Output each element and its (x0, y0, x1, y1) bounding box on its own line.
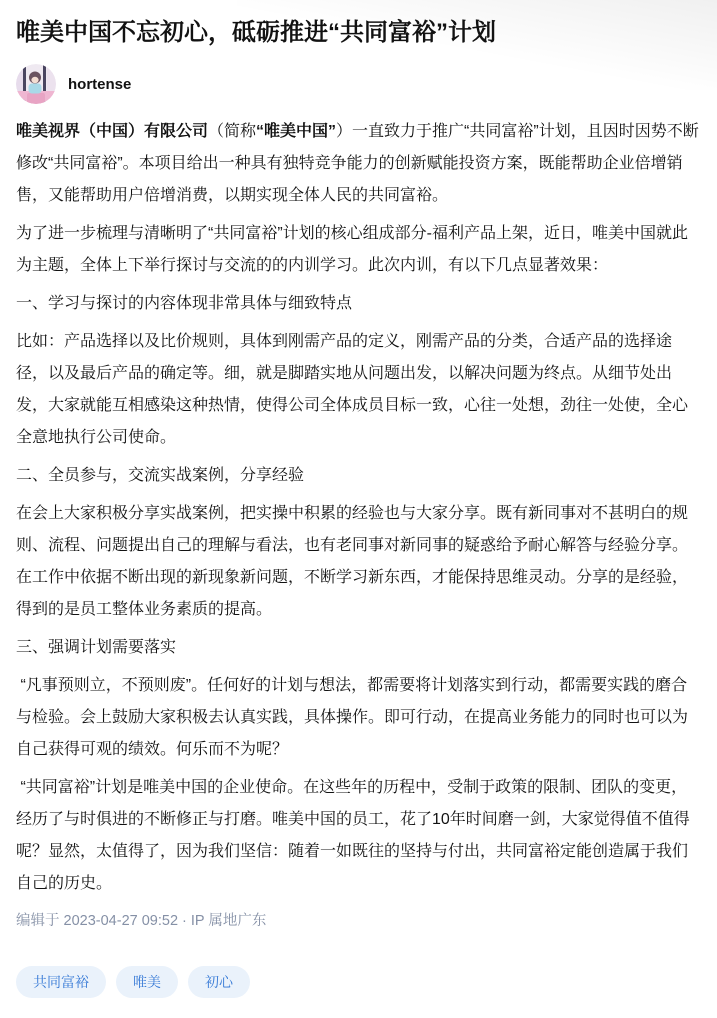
page-title: 唯美中国不忘初心，砥砺推进“共同富裕”计划 (16, 16, 701, 50)
article-paragraph: 唯美视界（中国）有限公司（简称“唯美中国”）一直致力于推广“共同富裕”计划，且因… (16, 116, 701, 212)
article-paragraph: 为了进一步梳理与清晰明了“共同富裕”计划的核心组成部分-福利产品上架，近日，唯美… (16, 218, 701, 282)
article-paragraph: “凡事预则立，不预则废”。任何好的计划与想法，都需要将计划落实到行动，都需要实践… (16, 670, 701, 766)
article-paragraph: 二、全员参与，交流实战案例，分享经验 (16, 460, 701, 492)
author-name[interactable]: hortense (68, 76, 131, 93)
article-paragraph: 在会上大家积极分享实战案例，把实操中积累的经验也与大家分享。既有新同事对不甚明白… (16, 498, 701, 626)
author-row: hortense (16, 64, 701, 104)
article-body: 唯美视界（中国）有限公司（简称“唯美中国”）一直致力于推广“共同富裕”计划，且因… (16, 116, 701, 900)
topic-tag[interactable]: 共同富裕 (16, 966, 106, 998)
topic-tag[interactable]: 初心 (188, 966, 250, 998)
topic-tag[interactable]: 唯美 (116, 966, 178, 998)
author-avatar-icon[interactable] (16, 64, 56, 104)
article-page: 唯美中国不忘初心，砥砺推进“共同富裕”计划 hortense (0, 0, 717, 1018)
tag-list: 共同富裕唯美初心 (16, 966, 701, 998)
article-paragraph: “共同富裕”计划是唯美中国的企业使命。在这些年的历程中，受制于政策的限制、团队的… (16, 772, 701, 900)
edit-timestamp: 编辑于 2023-04-27 09:52 · IP 属地广东 (16, 910, 701, 932)
article-paragraph: 三、强调计划需要落实 (16, 632, 701, 664)
article-paragraph: 一、学习与探讨的内容体现非常具体与细致特点 (16, 288, 701, 320)
article-paragraph: 比如：产品选择以及比价规则，具体到刚需产品的定义，刚需产品的分类，合适产品的选择… (16, 326, 701, 454)
